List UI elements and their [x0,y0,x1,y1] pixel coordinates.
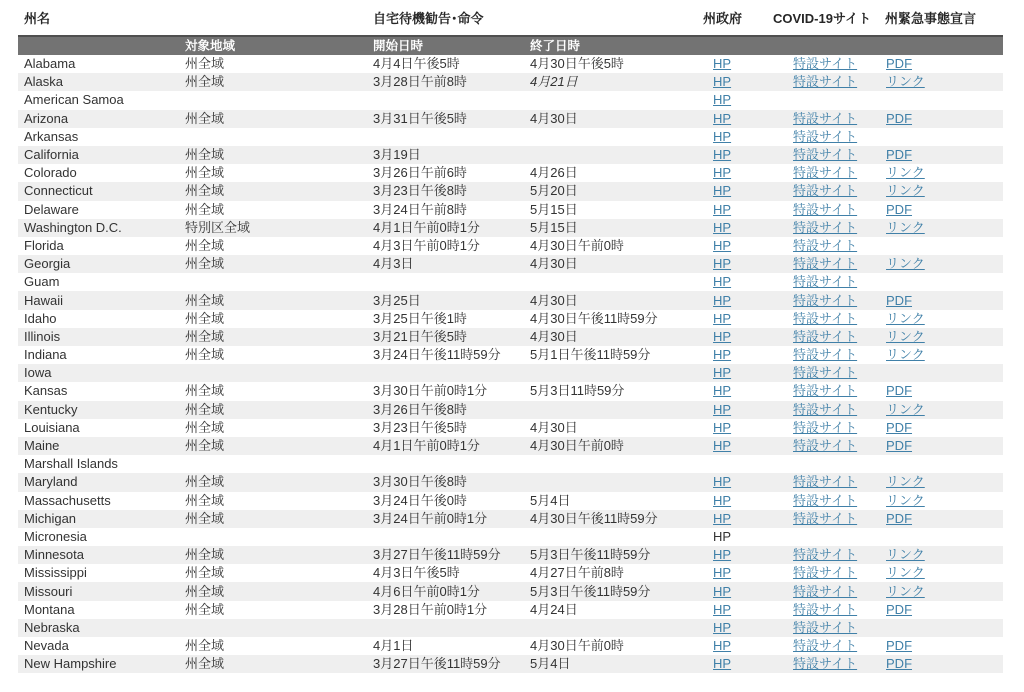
gov-cell [703,455,773,473]
covid-site-link[interactable]: 特設サイト [793,347,857,362]
gov-homepage-link[interactable]: HP [713,474,731,489]
target-area-text: 州全域 [185,147,224,162]
emergency-declaration-link[interactable]: リンク [886,256,925,271]
covid-site-link[interactable]: 特設サイト [793,74,857,89]
table-row: Arizona州全域3月31日午後5時4月30日HP特設サイトPDF [18,110,1003,128]
emergency-declaration-link[interactable]: PDF [886,111,912,126]
emergency-declaration-link[interactable]: PDF [886,383,912,398]
covid-site-link[interactable]: 特設サイト [793,56,857,71]
emergency-declaration-link[interactable]: リンク [886,311,925,326]
covid-site-link[interactable]: 特設サイト [793,183,857,198]
state-name: Washington D.C. [18,219,185,237]
covid-cell: 特設サイト [773,328,885,346]
target-area: 州全域 [185,110,373,128]
target-area: 州全域 [185,146,373,164]
gov-homepage-link[interactable]: HP [713,347,731,362]
covid-site-link[interactable]: 特設サイト [793,656,857,671]
gov-homepage-link[interactable]: HP [713,56,731,71]
emergency-declaration-link[interactable]: リンク [886,402,925,417]
gov-homepage-link[interactable]: HP [713,129,731,144]
gov-homepage-link[interactable]: HP [713,293,731,308]
emergency-declaration-link[interactable]: PDF [886,56,912,71]
covid-site-link[interactable]: 特設サイト [793,584,857,599]
gov-homepage-link[interactable]: HP [713,584,731,599]
end-datetime [530,401,703,419]
target-area-text: 州全域 [185,383,224,398]
covid-site-link[interactable]: 特設サイト [793,438,857,453]
start-datetime-text: 3月27日午後11時59分 [373,547,501,562]
covid-site-link[interactable]: 特設サイト [793,420,857,435]
emergency-declaration-link[interactable]: リンク [886,329,925,344]
end-datetime: 4月27日午前8時 [530,564,703,582]
end-datetime-text: 5月15日 [530,220,578,235]
gov-homepage-link[interactable]: HP [713,329,731,344]
target-area: 州全域 [185,255,373,273]
start-datetime: 3月23日午後5時 [373,419,530,437]
gov-homepage-link[interactable]: HP [713,420,731,435]
covid-site-link[interactable]: 特設サイト [793,238,857,253]
covid-cell: 特設サイト [773,73,885,91]
target-area-text: 州全域 [185,584,224,599]
target-area [185,619,373,637]
state-name-text: Arizona [24,111,68,126]
start-datetime-text: 3月27日午後11時59分 [373,656,501,671]
covid-cell: 特設サイト [773,582,885,600]
covid-cell: 特設サイト [773,310,885,328]
end-datetime: 4月30日午前0時 [530,637,703,655]
covid-site-link[interactable]: 特設サイト [793,511,857,526]
start-datetime [373,128,530,146]
end-datetime-text: 4月30日 [530,329,578,344]
emergency-declaration-link[interactable]: リンク [886,220,925,235]
gov-cell: HP [703,201,773,219]
start-datetime-text: 3月19日 [373,147,421,162]
target-area-text: 州全域 [185,202,224,217]
gov-cell: HP [703,128,773,146]
gov-cell: HP [703,601,773,619]
end-datetime: 5月3日午後11時59分 [530,582,703,600]
covid-site-link[interactable]: 特設サイト [793,220,857,235]
subheader-spacer [703,36,773,55]
state-name-text: Delaware [24,202,79,217]
state-name-text: Colorado [24,165,77,180]
start-datetime: 4月3日 [373,255,530,273]
gov-homepage-link[interactable]: HP [713,111,731,126]
table-row: Minnesota州全域3月27日午後11時59分5月3日午後11時59分HP特… [18,546,1003,564]
state-name-text: Minnesota [24,547,84,562]
table-row: Idaho州全域3月25日午後1時4月30日午後11時59分HP特設サイトリンク [18,310,1003,328]
gov-homepage-link[interactable]: HP [713,183,731,198]
start-datetime-text: 4月6日午前0時1分 [373,584,480,599]
table-body: Alabama州全域4月4日午後5時4月30日午後5時HP特設サイトPDFAla… [18,55,1003,673]
state-name: Georgia [18,255,185,273]
gov-homepage-link[interactable]: HP [713,602,731,617]
state-name: Massachusetts [18,492,185,510]
end-datetime-text: 5月4日 [530,493,570,508]
target-area: 州全域 [185,655,373,673]
state-name: Iowa [18,364,185,382]
emergency-declaration-link[interactable]: リンク [886,493,925,508]
end-datetime-text: 4月30日午後5時 [530,56,624,71]
start-datetime-text: 4月3日午後5時 [373,565,460,580]
covid-site-link[interactable]: 特設サイト [793,202,857,217]
start-datetime-text: 3月24日午前8時 [373,202,467,217]
emergency-declaration-link[interactable]: PDF [886,638,912,653]
state-name: Nebraska [18,619,185,637]
state-name: Maine [18,437,185,455]
end-datetime-text: 4月30日午後11時59分 [530,511,658,526]
covid-cell: 特設サイト [773,419,885,437]
gov-homepage-link-text: HP [713,529,731,544]
subheader-spacer [18,36,185,55]
emergency-cell [885,619,1003,637]
gov-homepage-link[interactable]: HP [713,165,731,180]
start-datetime: 3月24日午前0時1分 [373,510,530,528]
emergency-declaration-link[interactable]: PDF [886,602,912,617]
covid-site-link[interactable]: 特設サイト [793,329,857,344]
start-datetime: 4月1日午前0時1分 [373,219,530,237]
gov-homepage-link[interactable]: HP [713,438,731,453]
target-area: 州全域 [185,492,373,510]
target-area [185,364,373,382]
covid-site-link[interactable]: 特設サイト [793,565,857,580]
covid-cell: 特設サイト [773,291,885,309]
emergency-cell: リンク [885,73,1003,91]
covid-cell: 特設サイト [773,492,885,510]
covid-site-link[interactable]: 特設サイト [793,311,857,326]
covid-cell: 特設サイト [773,382,885,400]
emergency-cell: PDF [885,437,1003,455]
emergency-cell: リンク [885,564,1003,582]
emergency-cell [885,128,1003,146]
gov-cell: HP [703,382,773,400]
end-datetime [530,146,703,164]
emergency-declaration-link[interactable]: PDF [886,511,912,526]
gov-cell: HP [703,492,773,510]
emergency-cell: リンク [885,219,1003,237]
gov-homepage-link[interactable]: HP [713,638,731,653]
gov-homepage-link[interactable]: HP [713,147,731,162]
target-area-text: 州全域 [185,638,224,653]
emergency-cell: リンク [885,473,1003,491]
target-area-text: 州全域 [185,474,224,489]
emergency-cell: リンク [885,546,1003,564]
target-area: 州全域 [185,510,373,528]
end-datetime: 4月30日 [530,328,703,346]
end-datetime: 4月30日午前0時 [530,237,703,255]
end-datetime-text: 5月3日11時59分 [530,383,624,398]
table-row: GuamHP特設サイト [18,273,1003,291]
end-datetime: 5月15日 [530,219,703,237]
emergency-cell: PDF [885,382,1003,400]
state-name: Guam [18,273,185,291]
emergency-declaration-link[interactable]: リンク [886,74,925,89]
target-area-text: 州全域 [185,347,224,362]
gov-homepage-link[interactable]: HP [713,493,731,508]
start-datetime: 3月24日午後0時 [373,492,530,510]
emergency-cell: PDF [885,110,1003,128]
gov-homepage-link[interactable]: HP [713,402,731,417]
gov-cell: HP [703,164,773,182]
emergency-cell: リンク [885,582,1003,600]
gov-cell: HP [703,437,773,455]
state-name: Alabama [18,55,185,73]
page: 州名 自宅待機勧告･命令 州政府 COVID-19サイト 州緊急事態宣言 対象地… [0,0,1024,692]
state-name: Indiana [18,346,185,364]
covid-site-link[interactable]: 特設サイト [793,165,857,180]
header-spacer [185,0,373,36]
target-area: 州全域 [185,328,373,346]
target-area: 州全域 [185,564,373,582]
gov-homepage-link[interactable]: HP [713,656,731,671]
state-name-text: Montana [24,602,75,617]
state-name-text: Louisiana [24,420,80,435]
gov-homepage-link[interactable]: HP [713,74,731,89]
covid-cell: 特設サイト [773,546,885,564]
start-datetime: 3月23日午後8時 [373,182,530,200]
covid-site-link[interactable]: 特設サイト [793,365,857,380]
header-state-government: 州政府 [703,0,773,36]
target-area: 州全域 [185,346,373,364]
table-row: Kansas州全域3月30日午前0時1分5月3日11時59分HP特設サイトPDF [18,382,1003,400]
state-name-text: Florida [24,238,64,253]
table-row: Kentucky州全域3月26日午後8時HP特設サイトリンク [18,401,1003,419]
table-row: Louisiana州全域3月23日午後5時4月30日HP特設サイトPDF [18,419,1003,437]
start-datetime-text: 3月31日午後5時 [373,111,467,126]
target-area: 州全域 [185,546,373,564]
table-row: IowaHP特設サイト [18,364,1003,382]
covid-site-link[interactable]: 特設サイト [793,274,857,289]
end-datetime-text: 5月3日午後11時59分 [530,584,650,599]
end-datetime: 5月3日11時59分 [530,382,703,400]
start-datetime [373,619,530,637]
covid-site-link[interactable]: 特設サイト [793,474,857,489]
gov-homepage-link[interactable]: HP [713,620,731,635]
covid-cell: 特設サイト [773,601,885,619]
emergency-declaration-link[interactable]: リンク [886,474,925,489]
emergency-declaration-link[interactable]: リンク [886,565,925,580]
gov-homepage-link[interactable]: HP [713,202,731,217]
state-name-text: Guam [24,274,59,289]
emergency-cell [885,455,1003,473]
gov-homepage-link[interactable]: HP [713,238,731,253]
start-datetime-text: 4月3日 [373,256,413,271]
gov-cell: HP [703,237,773,255]
gov-cell: HP [703,619,773,637]
state-name-text: Alabama [24,56,75,71]
covid-site-link[interactable]: 特設サイト [793,111,857,126]
target-area [185,128,373,146]
gov-homepage-link[interactable]: HP [713,365,731,380]
target-area [185,91,373,109]
table-row: MicronesiaHP [18,528,1003,546]
emergency-declaration-link[interactable]: PDF [886,438,912,453]
covid-site-link[interactable]: 特設サイト [793,547,857,562]
gov-homepage-link[interactable]: HP [713,547,731,562]
state-name: Louisiana [18,419,185,437]
covid-site-link[interactable]: 特設サイト [793,129,857,144]
gov-cell: HP [703,219,773,237]
target-area: 州全域 [185,55,373,73]
gov-cell: HP [703,310,773,328]
gov-homepage-link[interactable]: HP [713,511,731,526]
target-area: 州全域 [185,237,373,255]
header-stay-home-order: 自宅待機勧告･命令 [373,0,703,36]
state-name-text: Missouri [24,584,72,599]
covid-site-link[interactable]: 特設サイト [793,638,857,653]
end-datetime-text: 4月30日 [530,111,578,126]
gov-homepage-link[interactable]: HP [713,383,731,398]
end-datetime: 4月30日 [530,291,703,309]
end-datetime [530,273,703,291]
table-row: Marshall Islands [18,455,1003,473]
table-row: Florida州全域4月3日午前0時1分4月30日午前0時HP特設サイト [18,237,1003,255]
gov-cell: HP [703,146,773,164]
start-datetime: 3月24日午前8時 [373,201,530,219]
target-area-text: 州全域 [185,238,224,253]
state-name: California [18,146,185,164]
covid-site-link[interactable]: 特設サイト [793,256,857,271]
covid-site-link[interactable]: 特設サイト [793,147,857,162]
target-area: 州全域 [185,164,373,182]
target-area-text: 州全域 [185,602,224,617]
table-row: ArkansasHP特設サイト [18,128,1003,146]
target-area-text: 州全域 [185,547,224,562]
emergency-declaration-link[interactable]: リンク [886,347,925,362]
gov-cell: HP [703,546,773,564]
emergency-declaration-link[interactable]: リンク [886,183,925,198]
target-area-text: 州全域 [185,656,224,671]
emergency-declaration-link[interactable]: PDF [886,147,912,162]
covid-cell: 特設サイト [773,110,885,128]
gov-homepage-link[interactable]: HP [713,256,731,271]
start-datetime-text: 3月26日午後8時 [373,402,467,417]
end-datetime-text: 4月30日午前0時 [530,238,624,253]
target-area: 州全域 [185,601,373,619]
state-name-text: Micronesia [24,529,87,544]
end-datetime: 4月30日午前0時 [530,437,703,455]
emergency-cell: リンク [885,328,1003,346]
target-area [185,455,373,473]
covid-site-link[interactable]: 特設サイト [793,493,857,508]
covid-site-link[interactable]: 特設サイト [793,293,857,308]
state-name: New Hampshire [18,655,185,673]
end-datetime [530,128,703,146]
stay-home-orders-table: 州名 自宅待機勧告･命令 州政府 COVID-19サイト 州緊急事態宣言 対象地… [18,0,1003,673]
start-datetime: 3月28日午前0時1分 [373,601,530,619]
state-name-text: Massachusetts [24,493,111,508]
gov-homepage-link[interactable]: HP [713,311,731,326]
covid-site-link[interactable]: 特設サイト [793,383,857,398]
header-row-top: 州名 自宅待機勧告･命令 州政府 COVID-19サイト 州緊急事態宣言 [18,0,1003,36]
end-datetime: 4月26日 [530,164,703,182]
end-datetime [530,619,703,637]
covid-cell: 特設サイト [773,146,885,164]
target-area: 州全域 [185,73,373,91]
emergency-declaration-link[interactable]: PDF [886,420,912,435]
gov-cell: HP [703,364,773,382]
end-datetime-text: 5月15日 [530,202,578,217]
table-row: Hawaii州全域3月25日4月30日HP特設サイトPDF [18,291,1003,309]
covid-site-link[interactable]: 特設サイト [793,620,857,635]
state-name: Mississippi [18,564,185,582]
start-datetime-text: 3月26日午前6時 [373,165,467,180]
emergency-declaration-link[interactable]: リンク [886,547,925,562]
start-datetime-text: 4月1日 [373,638,413,653]
state-name-text: Nevada [24,638,69,653]
emergency-declaration-link[interactable]: リンク [886,584,925,599]
table-row: Mississippi州全域4月3日午後5時4月27日午前8時HP特設サイトリン… [18,564,1003,582]
emergency-declaration-link[interactable]: PDF [886,202,912,217]
start-datetime: 4月3日午前0時1分 [373,237,530,255]
start-datetime-text: 3月28日午前0時1分 [373,602,487,617]
state-name-text: Maryland [24,474,77,489]
state-name-text: Hawaii [24,293,63,308]
target-area-text: 州全域 [185,402,224,417]
covid-cell: 特設サイト [773,128,885,146]
gov-cell: HP [703,473,773,491]
state-name-text: Maine [24,438,59,453]
emergency-cell [885,273,1003,291]
target-area: 州全域 [185,473,373,491]
covid-cell: 特設サイト [773,273,885,291]
covid-site-link[interactable]: 特設サイト [793,402,857,417]
emergency-declaration-link[interactable]: PDF [886,293,912,308]
start-datetime-text: 3月30日午前0時1分 [373,383,487,398]
emergency-cell: PDF [885,419,1003,437]
start-datetime-text: 3月24日午後0時 [373,493,467,508]
state-name: Marshall Islands [18,455,185,473]
start-datetime: 3月21日午後5時 [373,328,530,346]
emergency-declaration-link[interactable]: リンク [886,165,925,180]
target-area-text: 州全域 [185,56,224,71]
start-datetime-text: 4月1日午前0時1分 [373,438,480,453]
header-emergency-declaration: 州緊急事態宣言 [885,0,1003,36]
gov-homepage-link[interactable]: HP [713,274,731,289]
target-area-text: 州全域 [185,183,224,198]
table-row: New Hampshire州全域3月27日午後11時59分5月4日HP特設サイト… [18,655,1003,673]
start-datetime: 3月24日午後11時59分 [373,346,530,364]
target-area: 州全域 [185,182,373,200]
state-name: Micronesia [18,528,185,546]
target-area [185,273,373,291]
covid-site-link[interactable]: 特設サイト [793,602,857,617]
start-datetime [373,455,530,473]
state-name-text: Georgia [24,256,70,271]
start-datetime [373,364,530,382]
target-area-text: 州全域 [185,165,224,180]
state-name: Kansas [18,382,185,400]
gov-homepage-link[interactable]: HP [713,92,731,107]
end-datetime-text: 5月4日 [530,656,570,671]
target-area: 州全域 [185,401,373,419]
gov-cell: HP [703,182,773,200]
target-area: 州全域 [185,382,373,400]
target-area: 州全域 [185,291,373,309]
emergency-declaration-link[interactable]: PDF [886,656,912,671]
end-datetime-text: 5月3日午後11時59分 [530,547,650,562]
end-datetime-text: 4月30日午前0時 [530,638,624,653]
gov-homepage-link[interactable]: HP [713,565,731,580]
state-name: Kentucky [18,401,185,419]
table-row: Alaska州全域3月28日午前8時4月21日HP特設サイトリンク [18,73,1003,91]
start-datetime [373,528,530,546]
start-datetime-text: 3月25日 [373,293,421,308]
target-area-text: 州全域 [185,511,224,526]
covid-cell [773,455,885,473]
covid-cell: 特設サイト [773,164,885,182]
gov-homepage-link[interactable]: HP [713,220,731,235]
